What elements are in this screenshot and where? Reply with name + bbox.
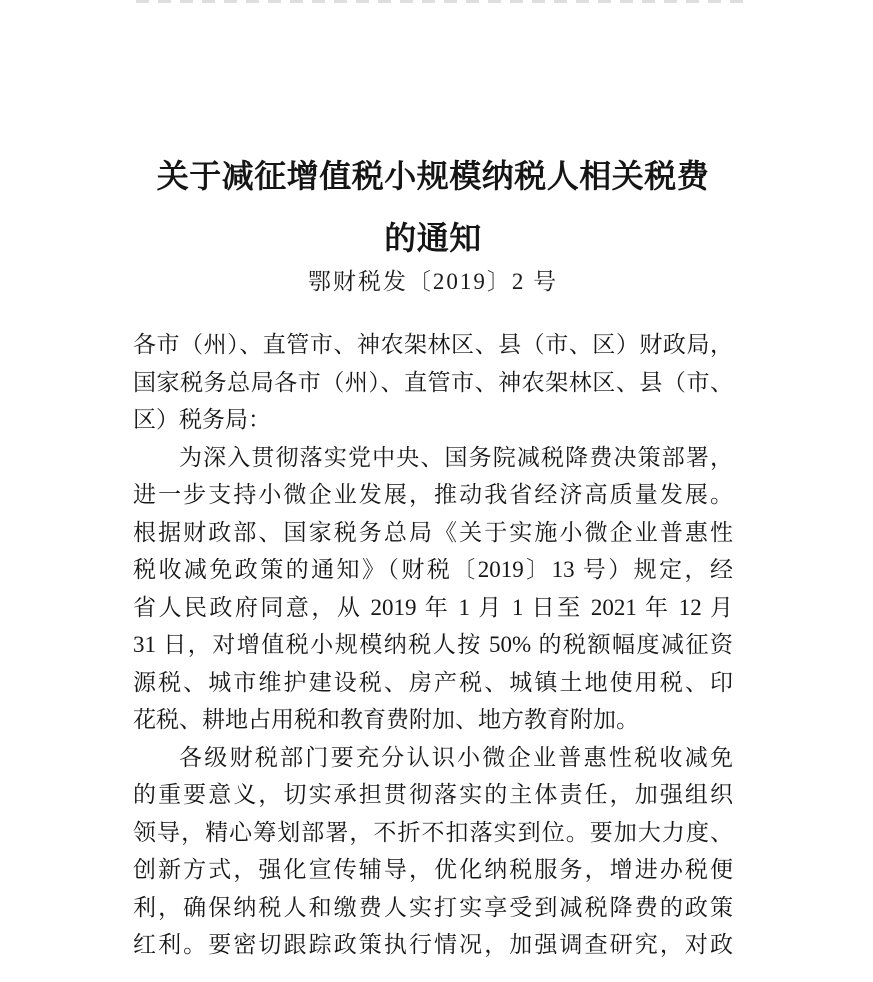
body-text-line: 省人民政府同意，从 2019 年 1 月 1 日至 2021 年 12 月 xyxy=(133,589,733,627)
document-number: 鄂财税发〔2019〕2 号 xyxy=(133,265,733,299)
body-text-line: 的重要意义，切实承担贯彻落实的主体责任，加强组织 xyxy=(133,776,733,814)
document-title: 关于减征增值税小规模纳税人相关税费 的通知 xyxy=(133,145,733,269)
body-text-line: 区）税务局： xyxy=(133,401,733,439)
body-text-line: 红利。要密切跟踪政策执行情况，加强调查研究，对政 xyxy=(133,926,733,964)
document-content: 关于减征增值税小规模纳税人相关税费 的通知 鄂财税发〔2019〕2 号 各市（州… xyxy=(133,0,733,964)
body-text-line: 源税、城市维护建设税、房产税、城镇土地使用税、印 xyxy=(133,664,733,702)
body-text-line: 31 日，对增值税小规模纳税人按 50% 的税额幅度减征资 xyxy=(133,626,733,664)
body-text-line: 利，确保纳税人和缴费人实打实享受到减税降费的政策 xyxy=(133,889,733,927)
body-text-line: 花税、耕地占用税和教育费附加、地方教育附加。 xyxy=(133,701,733,739)
body-text-line: 领导，精心筹划部署，不折不扣落实到位。要加大力度、 xyxy=(133,814,733,852)
document-page: 关于减征增值税小规模纳税人相关税费 的通知 鄂财税发〔2019〕2 号 各市（州… xyxy=(0,0,873,982)
body-text-line: 各级财税部门要充分认识小微企业普惠性税收减免 xyxy=(133,739,733,777)
title-line-2: 的通知 xyxy=(133,207,733,269)
title-line-1: 关于减征增值税小规模纳税人相关税费 xyxy=(133,145,733,207)
body-text-line: 进一步支持小微企业发展，推动我省经济高质量发展。 xyxy=(133,476,733,514)
body-text-line: 创新方式，强化宣传辅导，优化纳税服务，增进办税便 xyxy=(133,851,733,889)
body-text-line: 根据财政部、国家税务总局《关于实施小微企业普惠性 xyxy=(133,514,733,552)
body-text-line: 税收减免政策的通知》（财税〔2019〕13 号）规定，经 xyxy=(133,551,733,589)
body-text-line: 为深入贯彻落实党中央、国务院减税降费决策部署， xyxy=(133,439,733,477)
document-body: 各市（州）、直管市、神农架林区、县（市、区）财政局，国家税务总局各市（州）、直管… xyxy=(133,326,733,964)
body-text-line: 国家税务总局各市（州）、直管市、神农架林区、县（市、 xyxy=(133,364,733,402)
body-text-line: 各市（州）、直管市、神农架林区、县（市、区）财政局， xyxy=(133,326,733,364)
